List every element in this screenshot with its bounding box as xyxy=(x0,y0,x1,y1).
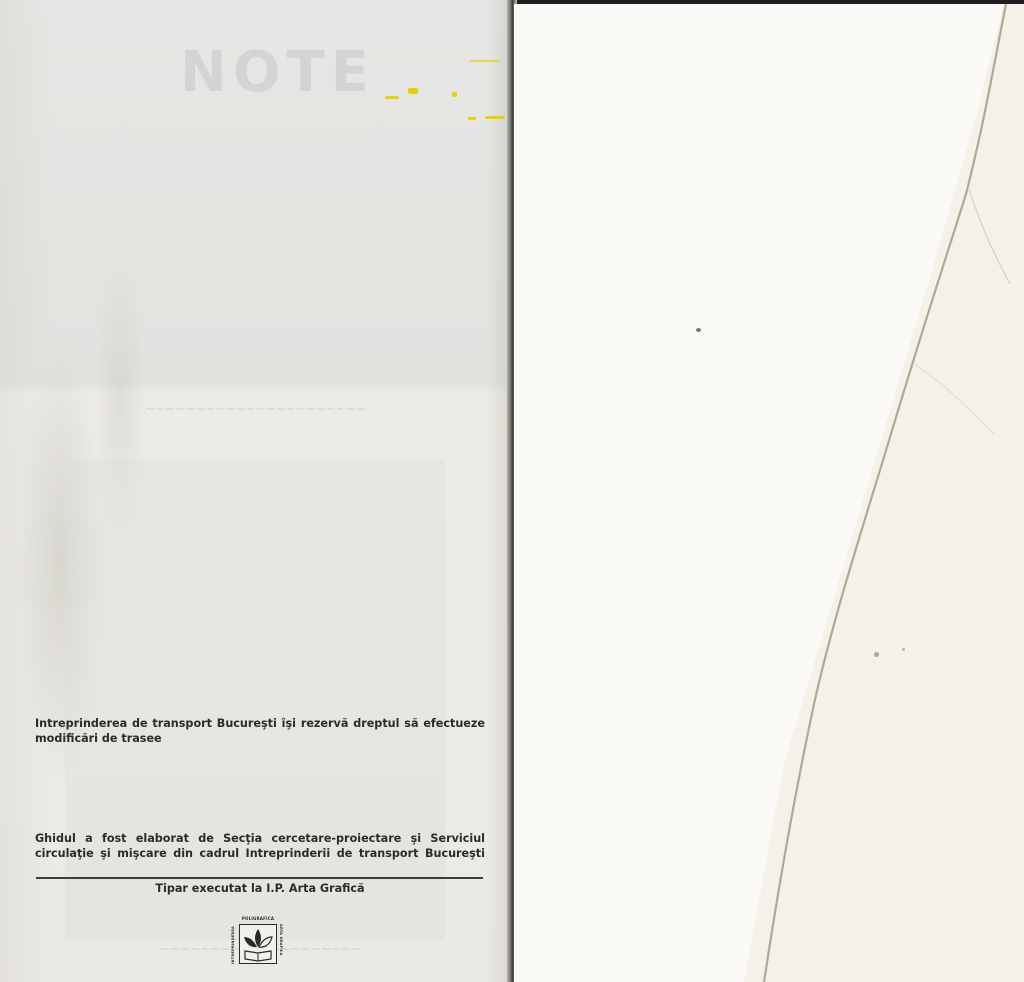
yellow-stain xyxy=(470,60,500,62)
show-through-text: ~~~~~~~~~~~~~~~~~~~~~~ xyxy=(145,402,366,416)
printer-imprint: Tipar executat la I.P. Arta Grafică xyxy=(35,882,485,895)
logo-text-left: INTREPRINDEREA xyxy=(231,924,235,964)
paper-crease xyxy=(514,4,1024,982)
paper-speck xyxy=(902,648,905,651)
right-page-blank xyxy=(514,4,1024,982)
logo-text-right: ARTA GRAFICA xyxy=(279,924,283,964)
authors-credit: Ghidul a fost elaborat de Secţia cerceta… xyxy=(35,831,485,861)
yellow-stain xyxy=(468,117,476,120)
yellow-stain xyxy=(408,88,418,94)
logo-text-top: POLIGRAFICA xyxy=(236,916,280,921)
paper-speck xyxy=(874,652,879,657)
faded-panel xyxy=(65,460,445,940)
show-through-heading: NOTE xyxy=(180,40,375,105)
leaf-over-open-book-icon xyxy=(239,924,277,964)
yellow-stain xyxy=(452,92,457,97)
route-change-notice: Intreprinderea de transport Bucureşti îş… xyxy=(35,716,485,746)
printer-logo: POLIGRAFICA INTREPRINDEREA ARTA GRAFICA xyxy=(228,916,290,966)
paper-speck xyxy=(696,328,701,332)
divider-line xyxy=(36,877,483,879)
left-page: NOTE ~~~~~~~~~~~~~~~~~~~~~~ ~~~~~~~~~~~~… xyxy=(0,0,512,982)
yellow-stain xyxy=(485,116,505,119)
yellow-stain xyxy=(385,96,399,99)
booklet-spread: NOTE ~~~~~~~~~~~~~~~~~~~~~~ ~~~~~~~~~~~~… xyxy=(0,0,1024,982)
